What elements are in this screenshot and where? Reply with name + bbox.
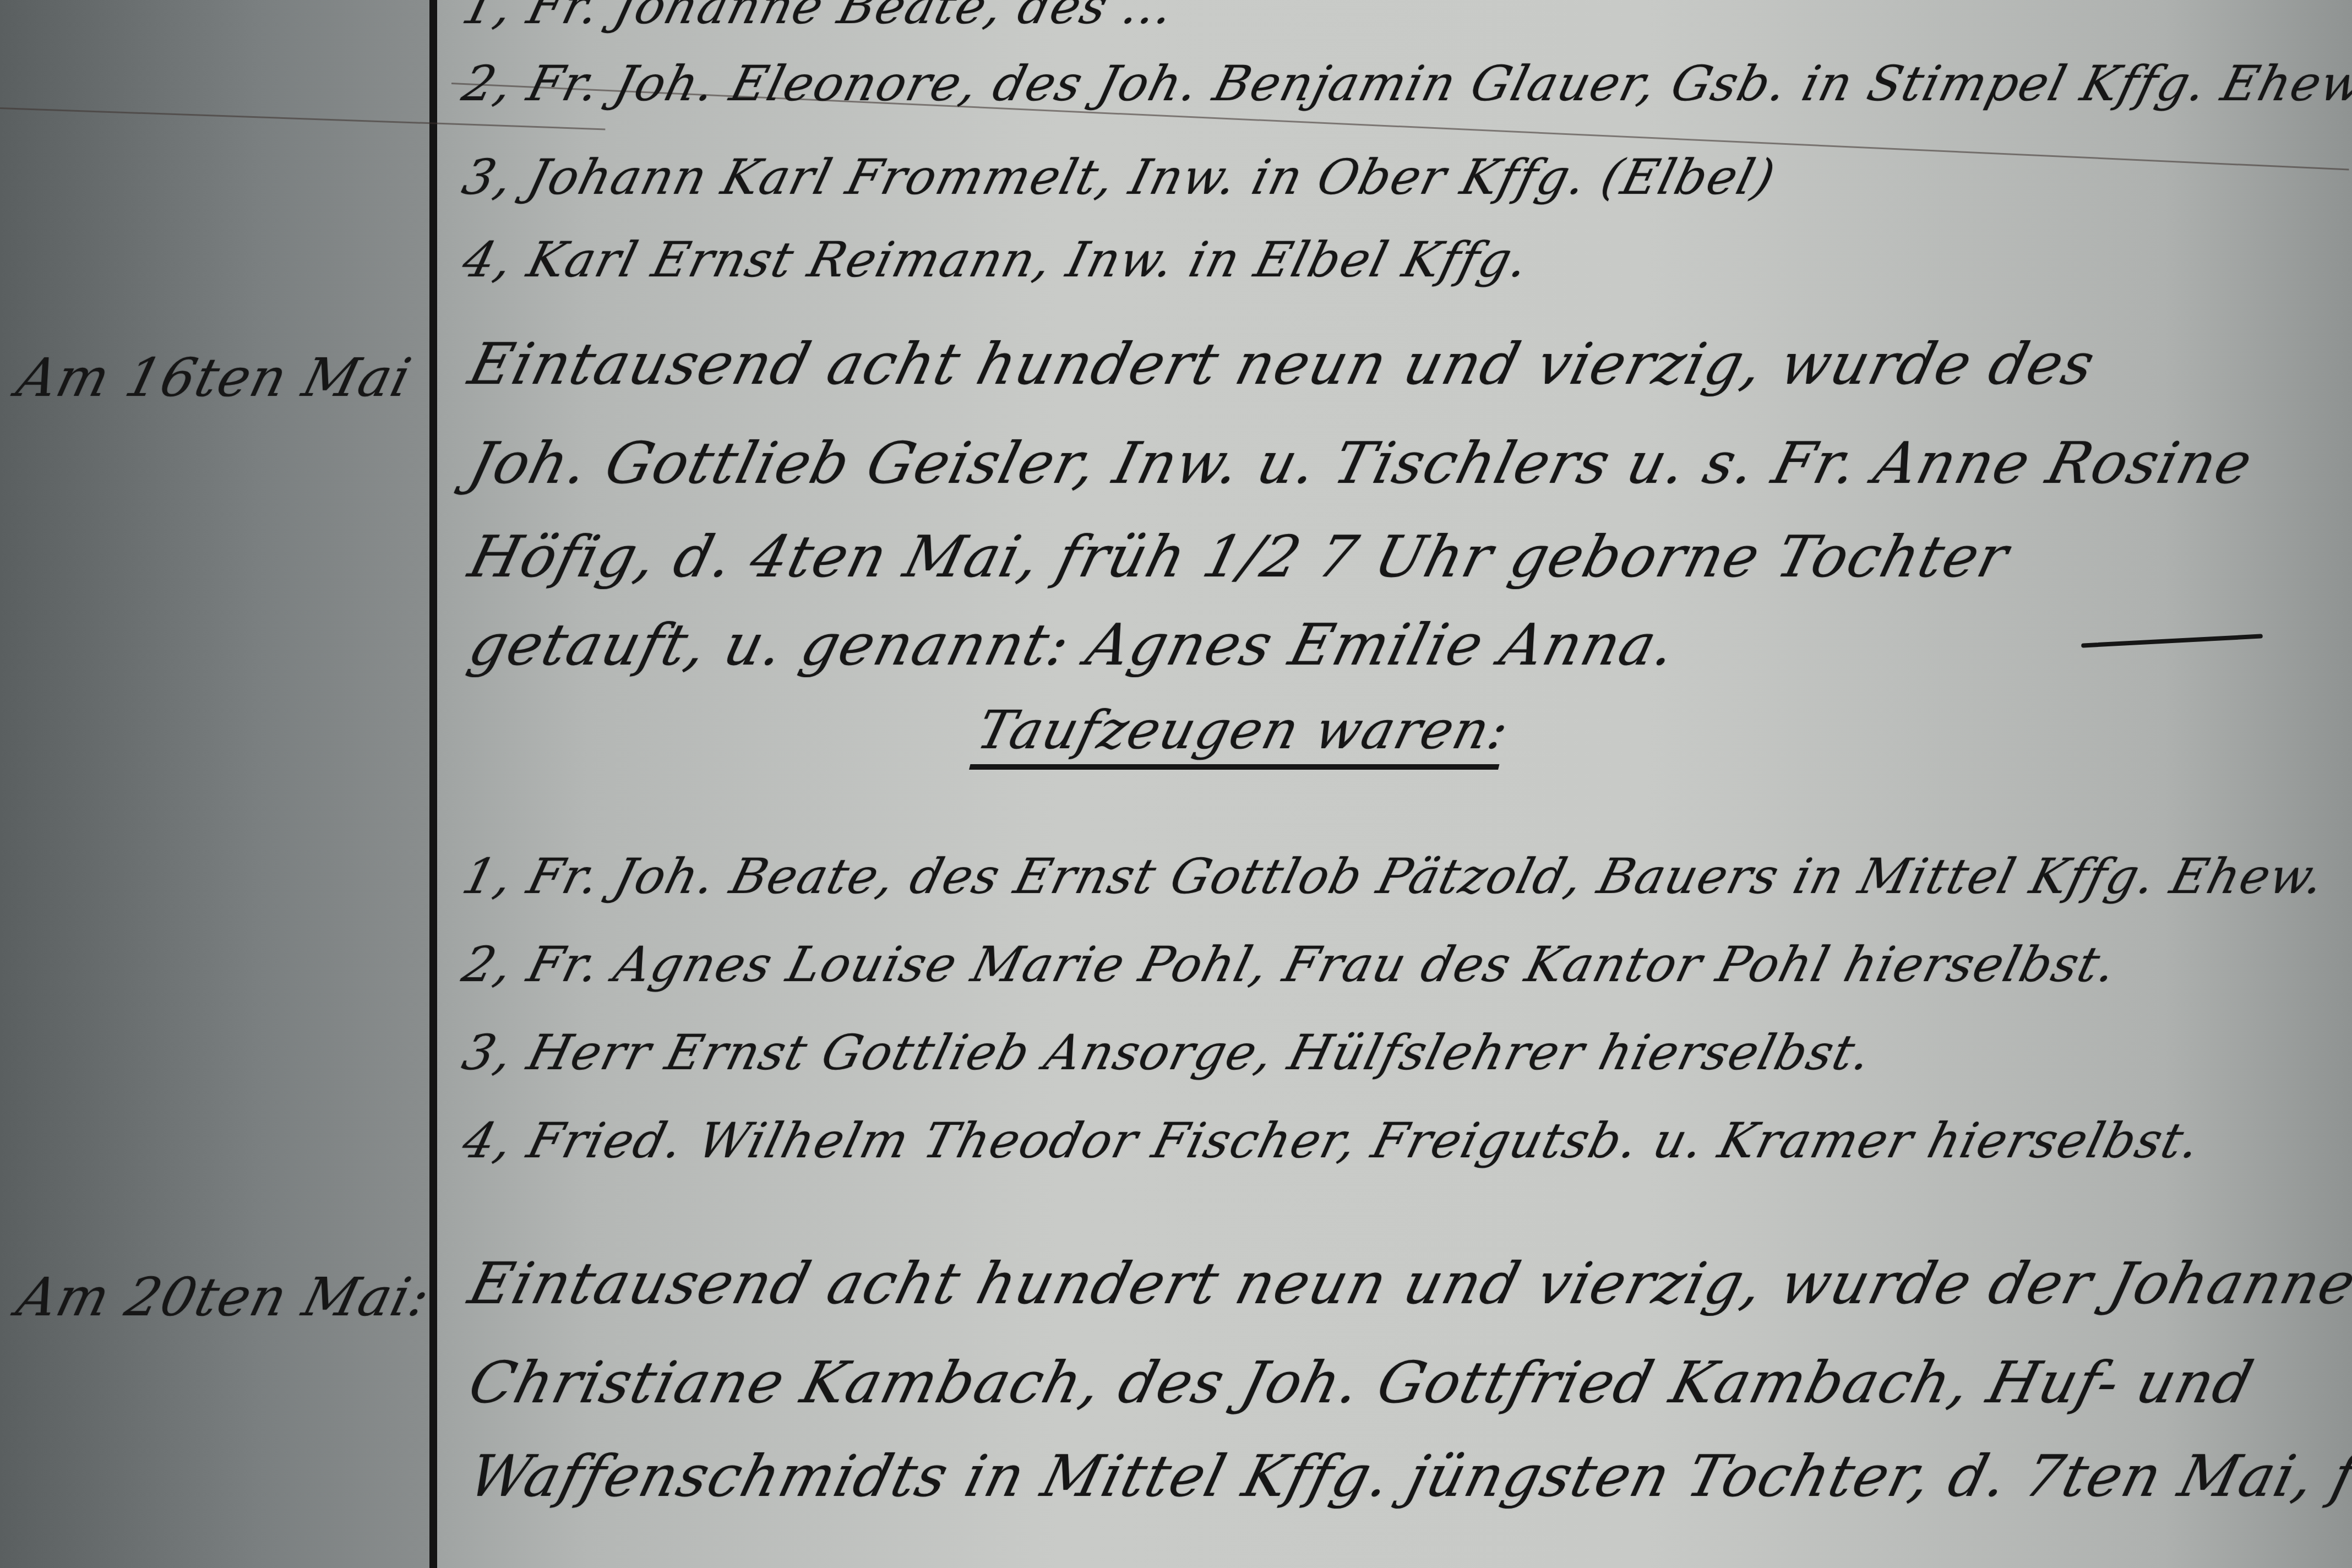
prev-witness-1: 1, Fr. Johanne Beate, des ... [457, 0, 1180, 35]
entry2-line-3: Waffenschmidts in Mittel Kffg. jüngsten … [462, 1442, 2352, 1510]
register-page: Am 16ten Mai Am 20ten Mai: 1, Fr. Johann… [0, 0, 2352, 1568]
entry1-line-2: Joh. Gottlieb Geisler, Inw. u. Tischlers… [462, 429, 2260, 497]
entry1-line-4: getauft, u. genannt: Agnes Emilie Anna. [462, 611, 1683, 678]
entry1-witness-4: 4, Fried. Wilhelm Theodor Fischer, Freig… [457, 1112, 2207, 1169]
prev-witness-2: 2, Fr. Joh. Eleonore, des Joh. Benjamin … [457, 55, 2352, 112]
entry2-line-2: Christiane Kambach, des Joh. Gottfried K… [462, 1349, 2261, 1416]
entry1-line-1: Eintausend acht hundert neun und vierzig… [462, 330, 2102, 398]
entry1-witness-2: 2, Fr. Agnes Louise Marie Pohl, Frau des… [457, 936, 2123, 993]
end-of-entry-dash [2081, 634, 2263, 647]
prev-witness-3: 3, Johann Karl Frommelt, Inw. in Ober Kf… [457, 149, 1782, 205]
margin-rule-line [429, 0, 437, 1568]
witnesses-heading: Taufzeugen waren: [969, 699, 1516, 770]
entry1-witness-1: 1, Fr. Joh. Beate, des Ernst Gottlob Pät… [457, 848, 2331, 905]
date-margin-column [0, 0, 429, 1568]
margin-date-16-mai: Am 16ten Mai [11, 347, 418, 409]
entry1-witness-3: 3, Herr Ernst Gottlieb Ansorge, Hülfsleh… [457, 1024, 1878, 1081]
prev-witness-4: 4, Karl Ernst Reimann, Inw. in Elbel Kff… [457, 231, 1535, 288]
entry1-line-3: Höfig, d. 4ten Mai, früh 1/2 7 Uhr gebor… [462, 523, 2016, 590]
margin-date-20-mai: Am 20ten Mai: [11, 1266, 437, 1328]
entry2-line-1: Eintausend acht hundert neun und vierzig… [462, 1250, 2352, 1317]
